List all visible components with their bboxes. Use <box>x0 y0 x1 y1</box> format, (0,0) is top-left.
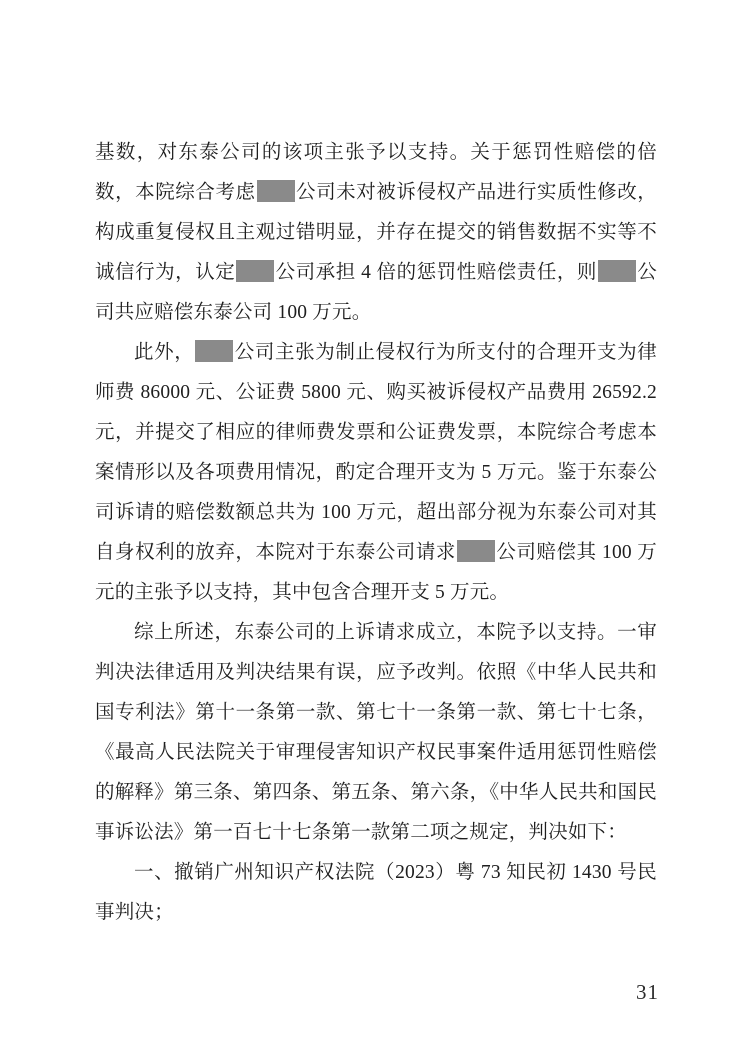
judgment-text-segment: 综上所述，东泰公司的上诉请求成立，本院予以支持。一审判决法律适用及判决结果有误，… <box>95 622 657 843</box>
paragraph-reasonable-expenses: 此外，公司主张为制止侵权行为所支付的合理开支为律师费 86000 元、公证费 5… <box>95 333 657 613</box>
judgment-page: 基数，对东泰公司的该项主张予以支持。关于惩罚性赔偿的倍数，本院综合考虑公司未对被… <box>0 0 750 1061</box>
judgment-text-segment: 此外， <box>134 342 194 363</box>
redaction-box <box>236 260 274 282</box>
redaction-box <box>457 540 495 562</box>
paragraph-ruling-item-1: 一、撤销广州知识产权法院（2023）粤 73 知民初 1430 号民事判决； <box>95 853 657 933</box>
judgment-text-segment: 公司承担 4 倍的惩罚性赔偿责任，则 <box>275 262 597 283</box>
redaction-box <box>598 260 636 282</box>
redaction-box <box>195 340 233 362</box>
judgment-text-block: 基数，对东泰公司的该项主张予以支持。关于惩罚性赔偿的倍数，本院综合考虑公司未对被… <box>95 133 657 933</box>
page-number: 31 <box>636 978 659 1006</box>
redaction-box <box>257 180 295 202</box>
judgment-text-segment: 一、撤销广州知识产权法院（2023）粤 73 知民初 1430 号民事判决； <box>95 862 657 923</box>
judgment-text-segment: 公司主张为制止侵权行为所支付的合理开支为律师费 86000 元、公证费 5800… <box>95 342 657 563</box>
paragraph-conclusion-legal-basis: 综上所述，东泰公司的上诉请求成立，本院予以支持。一审判决法律适用及判决结果有误，… <box>95 613 657 853</box>
paragraph-damages-multiplier: 基数，对东泰公司的该项主张予以支持。关于惩罚性赔偿的倍数，本院综合考虑公司未对被… <box>95 133 657 333</box>
